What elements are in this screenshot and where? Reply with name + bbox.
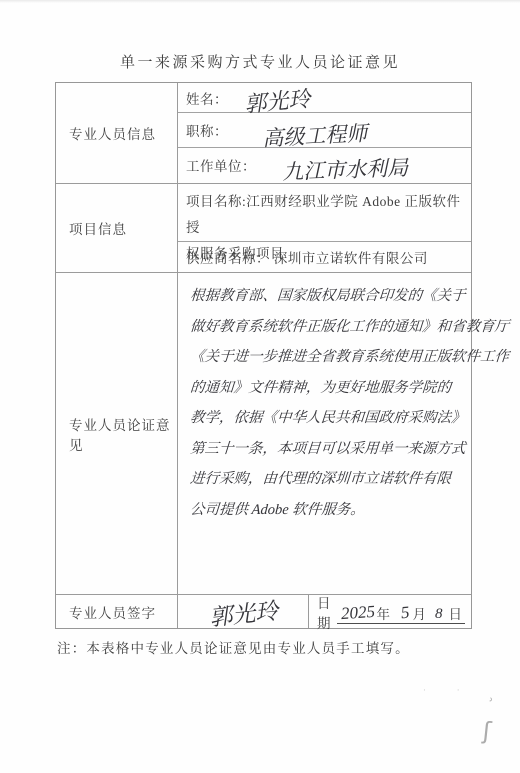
ink-mark-2: ʃ <box>482 717 493 746</box>
work-unit-field-label: 工作单位： <box>186 155 256 175</box>
opinion-line: 第三十一条，本项目可以采用单一来源方式 <box>189 434 468 465</box>
date-month-unit: 月 <box>413 603 428 623</box>
date-month-handwritten: 5 <box>400 602 411 623</box>
handwritten-signature: 郭光玲 <box>207 592 279 632</box>
signature-section: 专业人员签字 郭光玲 日期 2025 年 5 月 8 日 <box>56 595 471 628</box>
supplier-row: 供应商名称： 深圳市立诺软件有限公司 <box>178 242 471 272</box>
supplier-name: 供应商名称： 深圳市立诺软件有限公司 <box>186 247 428 267</box>
opinion-line: 做好教育系统软件正版化工作的通知》和省教育厅 <box>189 312 468 343</box>
signature-cell: 郭光玲 <box>178 595 309 628</box>
ink-mark-1: ʾ <box>486 695 495 714</box>
signature-section-label: 专业人员签字 <box>56 595 178 628</box>
date-label: 日期 <box>317 592 337 632</box>
opinion-section: 专业人员论证意见 根据教育部、国家版权局联合印发的《关于 做好教育系统软件正版化… <box>56 273 471 595</box>
personnel-section-label: 专业人员信息 <box>56 83 178 183</box>
name-field-label: 姓名： <box>186 88 228 108</box>
date-year-unit: 年 <box>377 603 392 623</box>
project-section-label: 项目信息 <box>56 184 178 272</box>
footnote: 注：本表格中专业人员论证意见由专业人员手工填写。 <box>57 637 410 657</box>
opinion-line: 教学，依据《中华人民共和国政府采购法》 <box>189 403 468 434</box>
project-name-row: 项目名称:江西财经职业学院 Adobe 正版软件授 权服务采购项目 <box>178 184 471 242</box>
work-unit-field-row: 工作单位： 九江市水利局 <box>178 148 471 182</box>
opinion-line: 的通知》文件精神，为更好地服务学院的 <box>189 373 468 404</box>
date-day-unit: 日 <box>449 603 464 623</box>
date-year-handwritten: 2025 <box>340 601 375 623</box>
project-section: 项目信息 项目名称:江西财经职业学院 Adobe 正版软件授 权服务采购项目 供… <box>56 184 471 273</box>
scanned-document-page: 单一来源采购方式专业人员论证意见 专业人员信息 姓名： 郭光玲 职称： 高级工程… <box>0 0 520 773</box>
opinion-line: 进行采购，由代理的深圳市立诺软件有限 <box>189 464 468 495</box>
page-title: 单一来源采购方式专业人员论证意见 <box>0 51 520 72</box>
date-cell: 日期 2025 年 5 月 8 日 <box>309 595 471 628</box>
verification-form-table: 专业人员信息 姓名： 郭光玲 职称： 高级工程师 工作单位： 九江市水利局 项目… <box>55 82 472 629</box>
name-field-row: 姓名： 郭光玲 <box>178 83 471 113</box>
personnel-section: 专业人员信息 姓名： 郭光玲 职称： 高级工程师 工作单位： 九江市水利局 <box>56 83 471 184</box>
opinion-section-label: 专业人员论证意见 <box>56 273 178 594</box>
opinion-line: 根据教育部、国家版权局联合印发的《关于 <box>189 281 468 312</box>
opinion-line: 《关于进一步推进全省教育系统使用正版软件工作 <box>189 342 468 373</box>
name-handwritten-value: 郭光玲 <box>243 82 311 119</box>
date-fill-line: 2025 年 5 月 8 日 <box>337 600 466 624</box>
opinion-line: 公司提供 Adobe 软件服务。 <box>189 495 468 526</box>
work-unit-handwritten-value: 九江市水利局 <box>282 152 409 186</box>
title-handwritten-value: 高级工程师 <box>262 117 368 152</box>
ink-smudge-dots: · · <box>423 686 474 696</box>
title-field-row: 职称： 高级工程师 <box>178 113 471 148</box>
project-name-line1: 项目名称:江西财经职业学院 Adobe 正版软件授 <box>186 189 461 241</box>
opinion-handwritten-text: 根据教育部、国家版权局联合印发的《关于 做好教育系统软件正版化工作的通知》和省教… <box>178 273 471 594</box>
title-field-label: 职称： <box>186 120 228 140</box>
date-day-handwritten: 8 <box>435 606 443 623</box>
